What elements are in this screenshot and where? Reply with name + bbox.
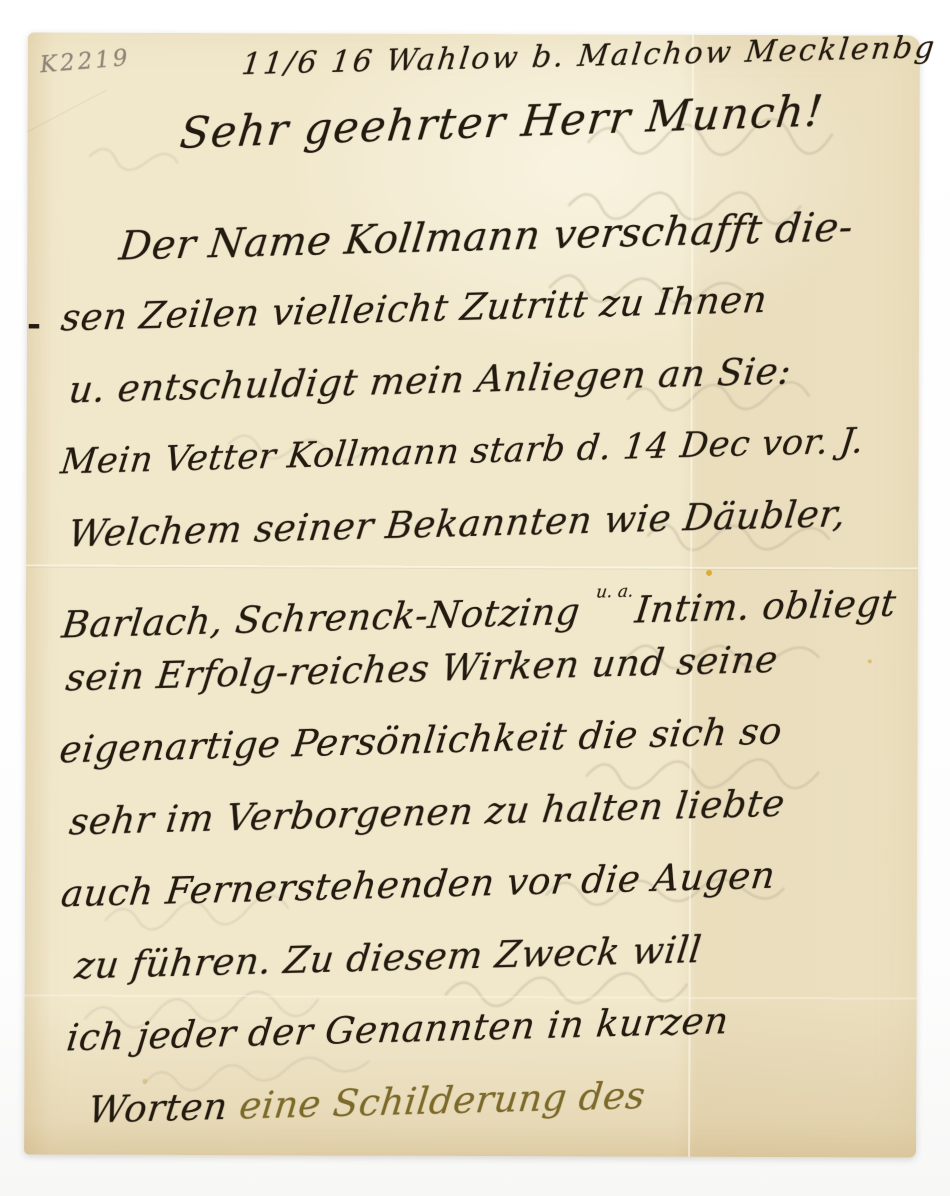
margin-dash: -: [27, 304, 41, 344]
closing-faded-segment: eine Schilderung des: [237, 1074, 648, 1128]
interlinear-insertion: u. a.: [595, 581, 635, 602]
letter-scan: K2219 11/6 16 Wahlow b. Malchow Mecklenb…: [0, 0, 950, 1196]
letter-body: Der Name Kollmann verschafft die- sen Ze…: [54, 214, 897, 1153]
closing-dark-segment: Worten: [86, 1085, 230, 1132]
letter-paper: K2219 11/6 16 Wahlow b. Malchow Mecklenb…: [24, 32, 920, 1157]
